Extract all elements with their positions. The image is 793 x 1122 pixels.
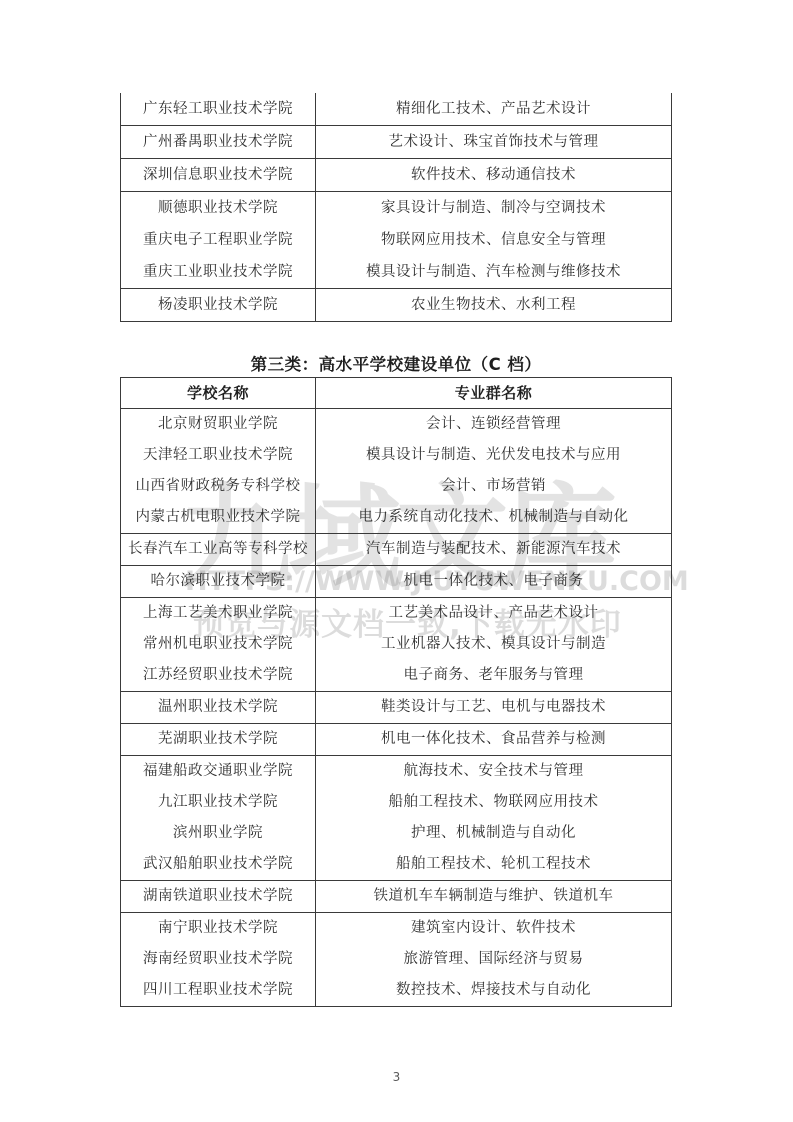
major-names-cell: 精细化工技术、产品艺术设计 (316, 93, 671, 125)
major-names-cell: 旅游管理、国际经济与贸易 (316, 944, 671, 975)
school-name-cell: 哈尔滨职业技术学院 (121, 566, 315, 597)
table-row: 湖南铁道职业技术学院 铁道机车车辆制造与维护、铁道机车 (121, 881, 671, 913)
table-row: 温州职业技术学院 鞋类设计与工艺、电机与电器技术 (121, 692, 671, 724)
table-row: 长春汽车工业高等专科学校 汽车制造与装配技术、新能源汽车技术 (121, 534, 671, 566)
school-name-cell: 福建船政交通职业学院 (121, 756, 315, 787)
table-row-group: 顺德职业技术学院 重庆电子工程职业学院 重庆工业职业技术学院 家具设计与制造、制… (121, 192, 671, 289)
major-names-cell: 建筑室内设计、软件技术 (316, 913, 671, 944)
major-names-cell: 农业生物技术、水利工程 (316, 289, 671, 321)
major-names-cell: 会计、连锁经营管理 (316, 409, 671, 440)
school-name-cell: 江苏经贸职业技术学院 (121, 660, 315, 691)
school-name-cell: 海南经贸职业技术学院 (121, 944, 315, 975)
school-name-cell: 滨州职业学院 (121, 818, 315, 849)
school-name-cell: 温州职业技术学院 (121, 692, 315, 723)
school-name-cell: 重庆工业职业技术学院 (121, 256, 315, 288)
major-names-cell: 工艺美术品设计、产品艺术设计 (316, 598, 671, 629)
table-row-group: 南宁职业技术学院 海南经贸职业技术学院 四川工程职业技术学院 建筑室内设计、软件… (121, 913, 671, 1006)
school-name-cell: 九江职业技术学院 (121, 787, 315, 818)
major-names-cell: 会计、市场营销 (316, 471, 671, 502)
major-names-cell: 物联网应用技术、信息安全与管理 (316, 224, 671, 256)
major-names-cell: 铁道机车车辆制造与维护、铁道机车 (316, 881, 671, 912)
major-names-cell: 航海技术、安全技术与管理 (316, 756, 671, 787)
table-row-group: 上海工艺美术职业学院 常州机电职业技术学院 江苏经贸职业技术学院 工艺美术品设计… (121, 598, 671, 692)
school-name-cell: 杨凌职业技术学院 (121, 289, 315, 321)
major-group-header: 专业群名称 (316, 378, 671, 408)
section-heading: 第三类：高水平学校建设单位（C 档） (120, 351, 672, 375)
school-name-cell: 四川工程职业技术学院 (121, 975, 315, 1006)
major-names-cell: 汽车制造与装配技术、新能源汽车技术 (316, 534, 671, 565)
table-row: 深圳信息职业技术学院 软件技术、移动通信技术 (121, 159, 671, 192)
major-names-cell: 机电一体化技术、电子商务 (316, 566, 671, 597)
school-name-header: 学校名称 (121, 378, 315, 408)
major-names-cell: 鞋类设计与工艺、电机与电器技术 (316, 692, 671, 723)
major-names-cell: 艺术设计、珠宝首饰技术与管理 (316, 126, 671, 158)
school-name-cell: 广东轻工职业技术学院 (121, 93, 315, 125)
major-names-cell: 护理、机械制造与自动化 (316, 818, 671, 849)
school-name-cell: 北京财贸职业学院 (121, 409, 315, 440)
table-row: 芜湖职业技术学院 机电一体化技术、食品营养与检测 (121, 724, 671, 756)
school-name-cell: 深圳信息职业技术学院 (121, 159, 315, 191)
school-name-cell: 湖南铁道职业技术学院 (121, 881, 315, 912)
table-row: 杨凌职业技术学院 农业生物技术、水利工程 (121, 289, 671, 321)
table-row: 广东轻工职业技术学院 精细化工技术、产品艺术设计 (121, 93, 671, 126)
major-names-cell: 工业机器人技术、模具设计与制造 (316, 629, 671, 660)
school-name-cell: 重庆电子工程职业学院 (121, 224, 315, 256)
major-names-cell: 船舶工程技术、物联网应用技术 (316, 787, 671, 818)
school-name-cell: 广州番禺职业技术学院 (121, 126, 315, 158)
table-continued: 广东轻工职业技术学院 精细化工技术、产品艺术设计 广州番禺职业技术学院 艺术设计… (120, 93, 672, 322)
major-names-cell: 软件技术、移动通信技术 (316, 159, 671, 191)
school-name-cell: 山西省财政税务专科学校 (121, 471, 315, 502)
page-number: 3 (0, 1070, 793, 1084)
major-names-cell: 数控技术、焊接技术与自动化 (316, 975, 671, 1006)
school-name-cell: 芜湖职业技术学院 (121, 724, 315, 755)
major-names-cell: 机电一体化技术、食品营养与检测 (316, 724, 671, 755)
major-names-cell: 电子商务、老年服务与管理 (316, 660, 671, 691)
table-header-row: 学校名称 专业群名称 (121, 378, 671, 409)
table-row-group: 福建船政交通职业学院 九江职业技术学院 滨州职业学院 武汉船舶职业技术学院 航海… (121, 756, 671, 881)
school-name-cell: 天津轻工职业技术学院 (121, 440, 315, 471)
school-name-cell: 南宁职业技术学院 (121, 913, 315, 944)
table-row: 广州番禺职业技术学院 艺术设计、珠宝首饰技术与管理 (121, 126, 671, 159)
major-names-cell: 船舶工程技术、轮机工程技术 (316, 849, 671, 880)
document-page: 九域文库 HTTPS://WWW.JIUYUWENKU.COM 预览与源文档一致… (0, 0, 793, 1122)
school-name-cell: 长春汽车工业高等专科学校 (121, 534, 315, 565)
major-names-cell: 模具设计与制造、汽车检测与维修技术 (316, 256, 671, 288)
major-names-cell: 电力系统自动化技术、机械制造与自动化 (316, 502, 671, 533)
school-name-cell: 常州机电职业技术学院 (121, 629, 315, 660)
major-names-cell: 家具设计与制造、制冷与空调技术 (316, 192, 671, 224)
school-name-cell: 上海工艺美术职业学院 (121, 598, 315, 629)
school-name-cell: 内蒙古机电职业技术学院 (121, 502, 315, 533)
major-names-cell: 模具设计与制造、光伏发电技术与应用 (316, 440, 671, 471)
school-name-cell: 顺德职业技术学院 (121, 192, 315, 224)
school-name-cell: 武汉船舶职业技术学院 (121, 849, 315, 880)
table-class-c: 学校名称 专业群名称 北京财贸职业学院 天津轻工职业技术学院 山西省财政税务专科… (120, 377, 672, 1007)
table-row-group: 北京财贸职业学院 天津轻工职业技术学院 山西省财政税务专科学校 内蒙古机电职业技… (121, 409, 671, 534)
table-row: 哈尔滨职业技术学院 机电一体化技术、电子商务 (121, 566, 671, 598)
